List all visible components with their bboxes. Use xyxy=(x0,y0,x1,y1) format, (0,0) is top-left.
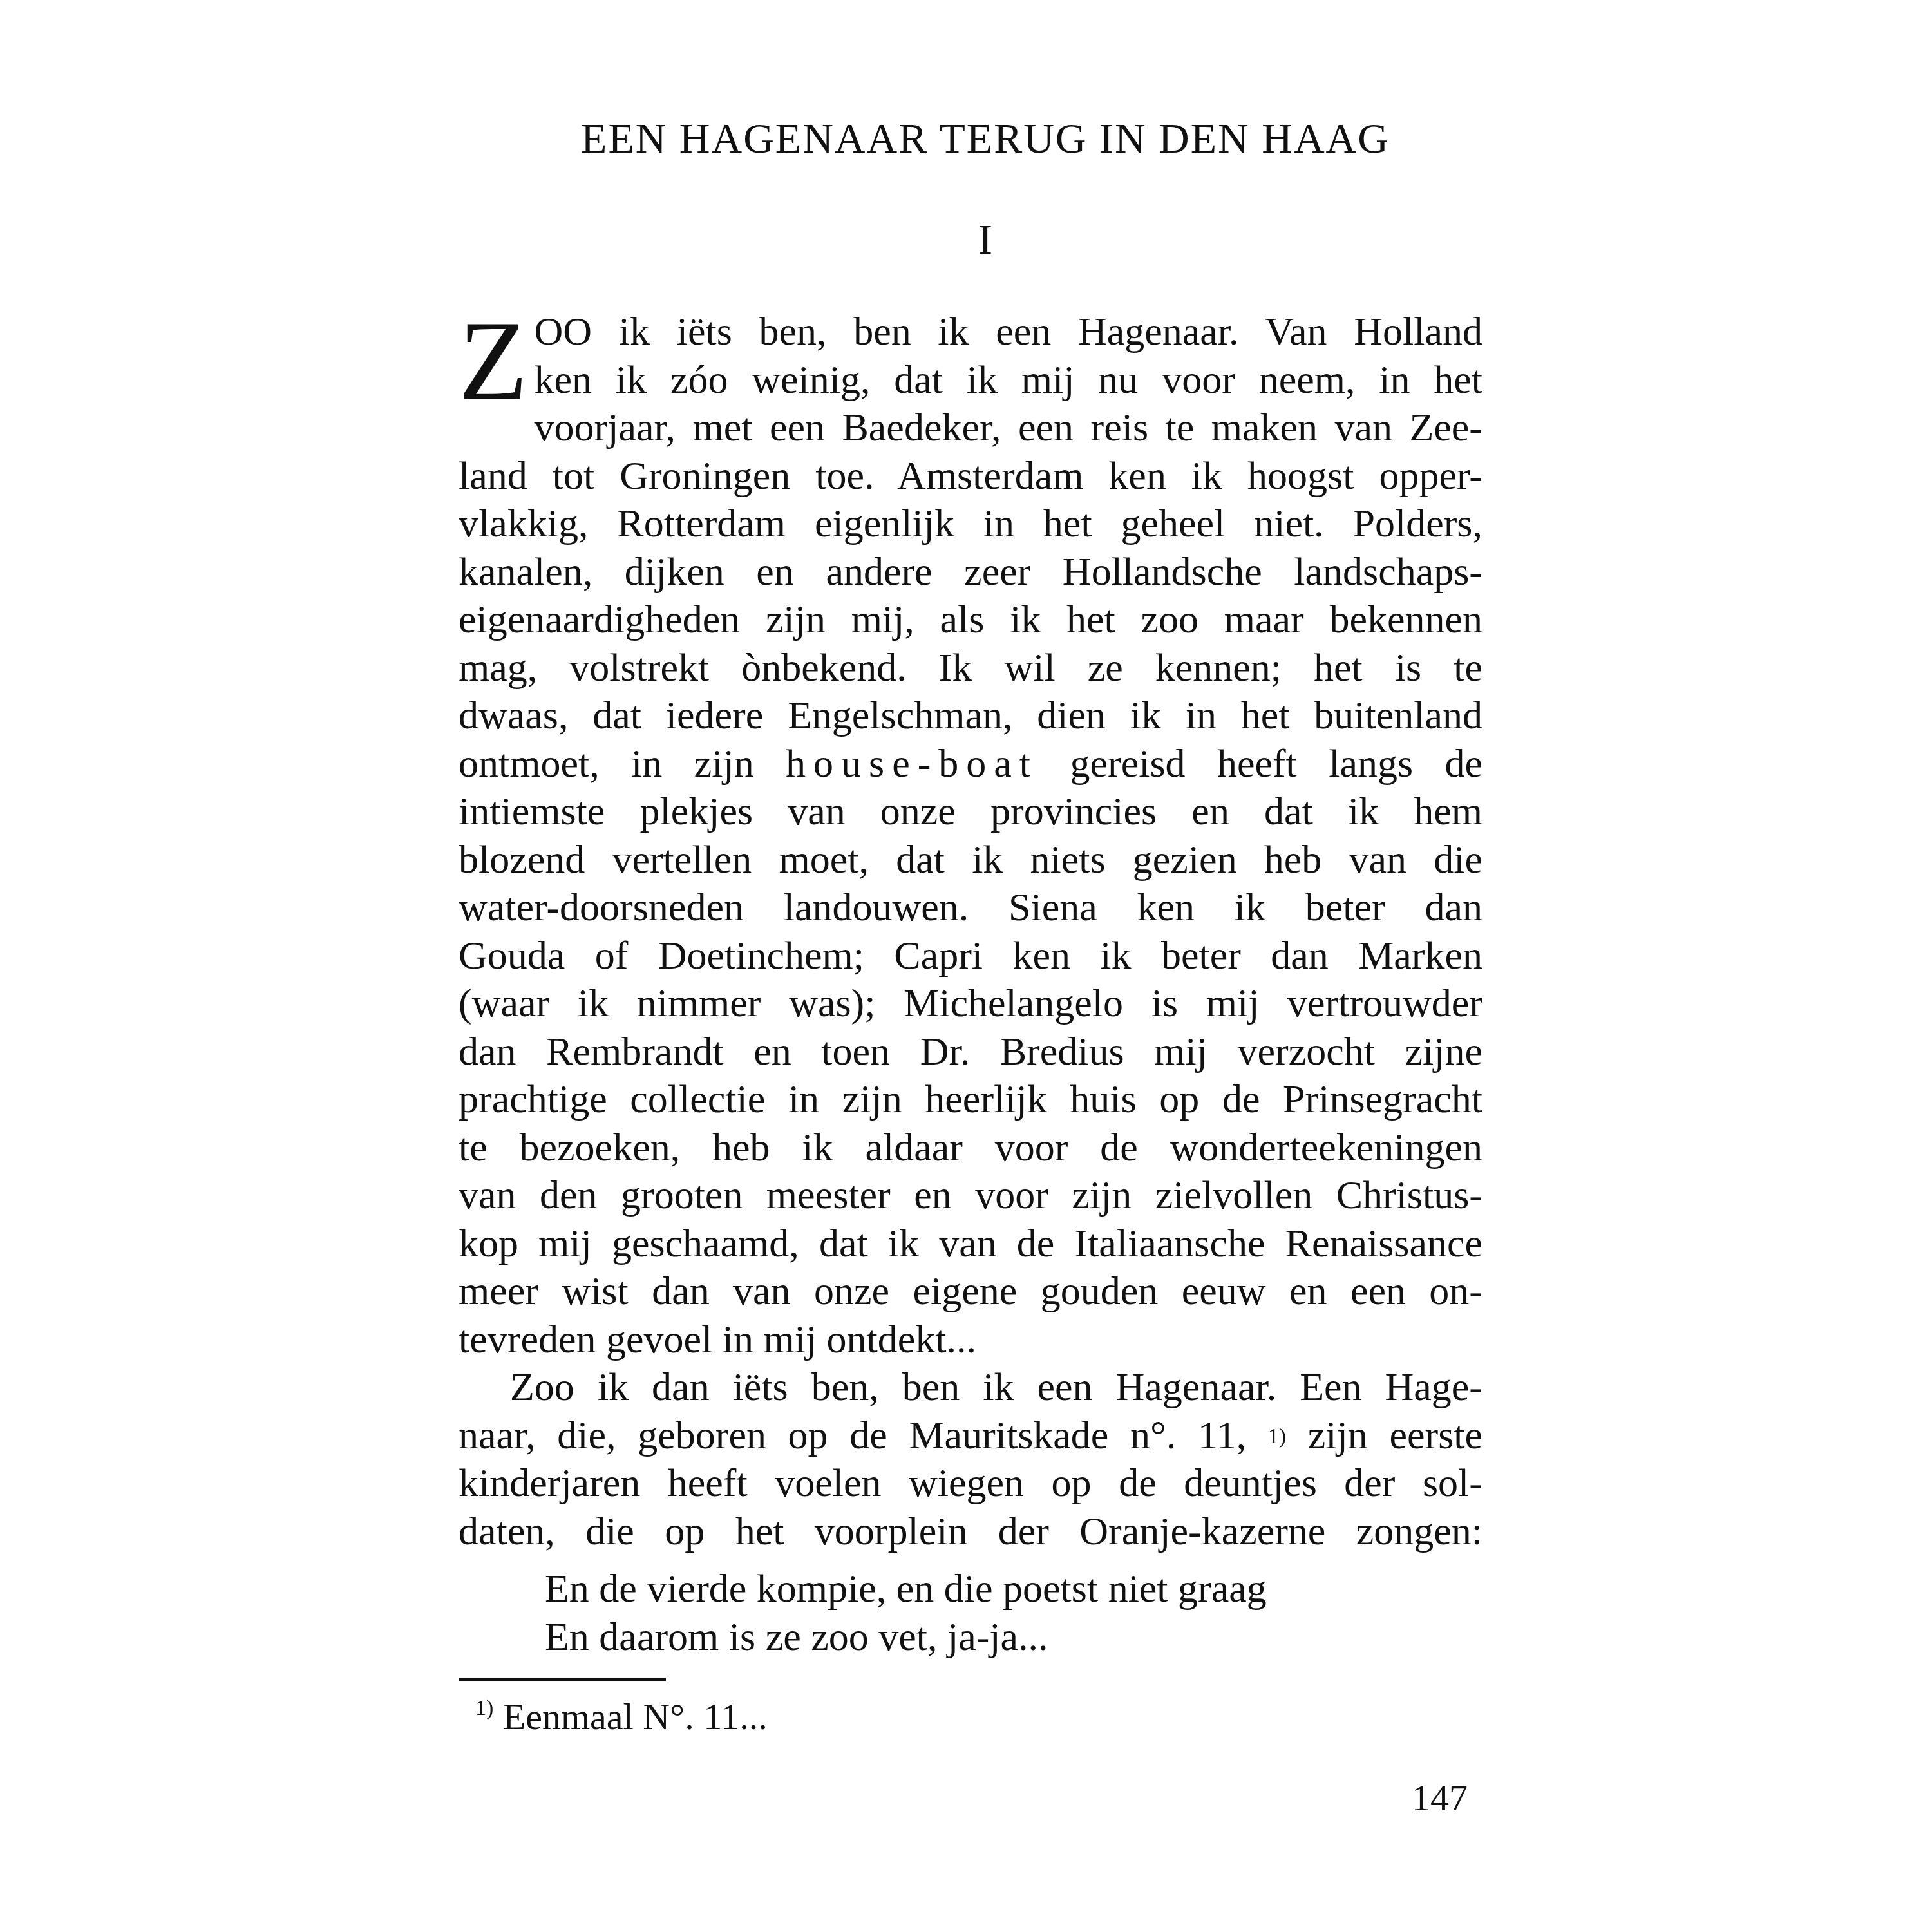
footnote-divider xyxy=(459,1678,666,1681)
text-line: blozend vertellen moet, dat ik niets gez… xyxy=(459,836,1482,884)
running-title: EEN HAGENAAR TERUG IN DEN HAAG xyxy=(0,115,1932,164)
text-line: kanalen, dijken en andere zeer Hollandsc… xyxy=(459,548,1482,596)
text-line: dwaas, dat iedere Engelschman, dien ik i… xyxy=(459,692,1482,740)
text-line: Zoo ik dan iëts ben, ben ik een Hagenaar… xyxy=(459,1363,1482,1412)
text-line: ken ik zóo weinig, dat ik mij nu voor ne… xyxy=(459,356,1482,404)
text-line: daten, die op het voorplein der Oranje-k… xyxy=(459,1508,1482,1556)
text-line: Gouda of Doetinchem; Capri ken ik beter … xyxy=(459,932,1482,980)
text-line: dan Rembrandt en toen Dr. Bredius mij ve… xyxy=(459,1028,1482,1076)
text-line: eigenaardigheden zijn mij, als ik het zo… xyxy=(459,596,1482,644)
text-line: kop mij geschaamd, dat ik van de Italiaa… xyxy=(459,1220,1482,1268)
drop-cap: Z xyxy=(459,313,528,410)
text-fragment: zijn eerste xyxy=(1308,1414,1482,1457)
verse-line: En daarom is ze zoo vet, ja-ja... xyxy=(545,1613,1267,1662)
text-line: land tot Groningen toe. Amsterdam ken ik… xyxy=(459,452,1482,500)
text-line: te bezoeken, heb ik aldaar voor de wonde… xyxy=(459,1124,1482,1172)
text-fragment: ontmoet, in zijn xyxy=(459,742,754,786)
section-number: I xyxy=(0,216,1932,265)
text-line: naar, die, geboren op de Mauritskade n°.… xyxy=(459,1412,1482,1460)
text-line: kinderjaren heeft voelen wiegen op de de… xyxy=(459,1459,1482,1508)
text-fragment: gereisd heeft langs de xyxy=(1070,742,1483,786)
text-line: tevreden gevoel in mij ontdekt... xyxy=(459,1316,1482,1364)
text-line: meer wist dan van onze eigene gouden eeu… xyxy=(459,1267,1482,1316)
page-number: 147 xyxy=(1412,1776,1468,1819)
body-text: Z OO ik iëts ben, ben ik een Hagenaar. V… xyxy=(459,308,1482,1555)
footnote-marker: 1) xyxy=(475,1696,493,1720)
text-line: water-doorsneden landouwen. Siena ken ik… xyxy=(459,884,1482,932)
footnote-reference[interactable]: 1) xyxy=(1268,1425,1286,1448)
text-line: OO ik iëts ben, ben ik een Hagenaar. Van… xyxy=(459,308,1482,356)
footnote: 1) Eenmaal N°. 11... xyxy=(475,1695,768,1738)
verse-line: En de vierde kompie, en die poetst niet … xyxy=(545,1565,1267,1613)
text-fragment: naar, die, geboren op de Mauritskade n°.… xyxy=(459,1414,1246,1457)
verse-quote: En de vierde kompie, en die poetst niet … xyxy=(545,1565,1267,1661)
text-line: intiemste plekjes van onze provincies en… xyxy=(459,788,1482,836)
footnote-text: Eenmaal N°. 11... xyxy=(503,1696,768,1738)
text-line: van den grooten meester en voor zijn zie… xyxy=(459,1171,1482,1220)
text-line: mag, volstrekt ònbekend. Ik wil ze kenne… xyxy=(459,644,1482,692)
text-line: voorjaar, met een Baedeker, een reis te … xyxy=(459,404,1482,452)
text-line: (waar ik nimmer was); Michelangelo is mi… xyxy=(459,980,1482,1028)
spaced-word: house-boat xyxy=(786,742,1038,786)
text-line: vlakkig, Rotterdam eigenlijk in het gehe… xyxy=(459,500,1482,548)
text-line: ontmoet, in zijn house-boat gereisd heef… xyxy=(459,740,1482,788)
text-line: prachtige collectie in zijn heerlijk hui… xyxy=(459,1075,1482,1124)
